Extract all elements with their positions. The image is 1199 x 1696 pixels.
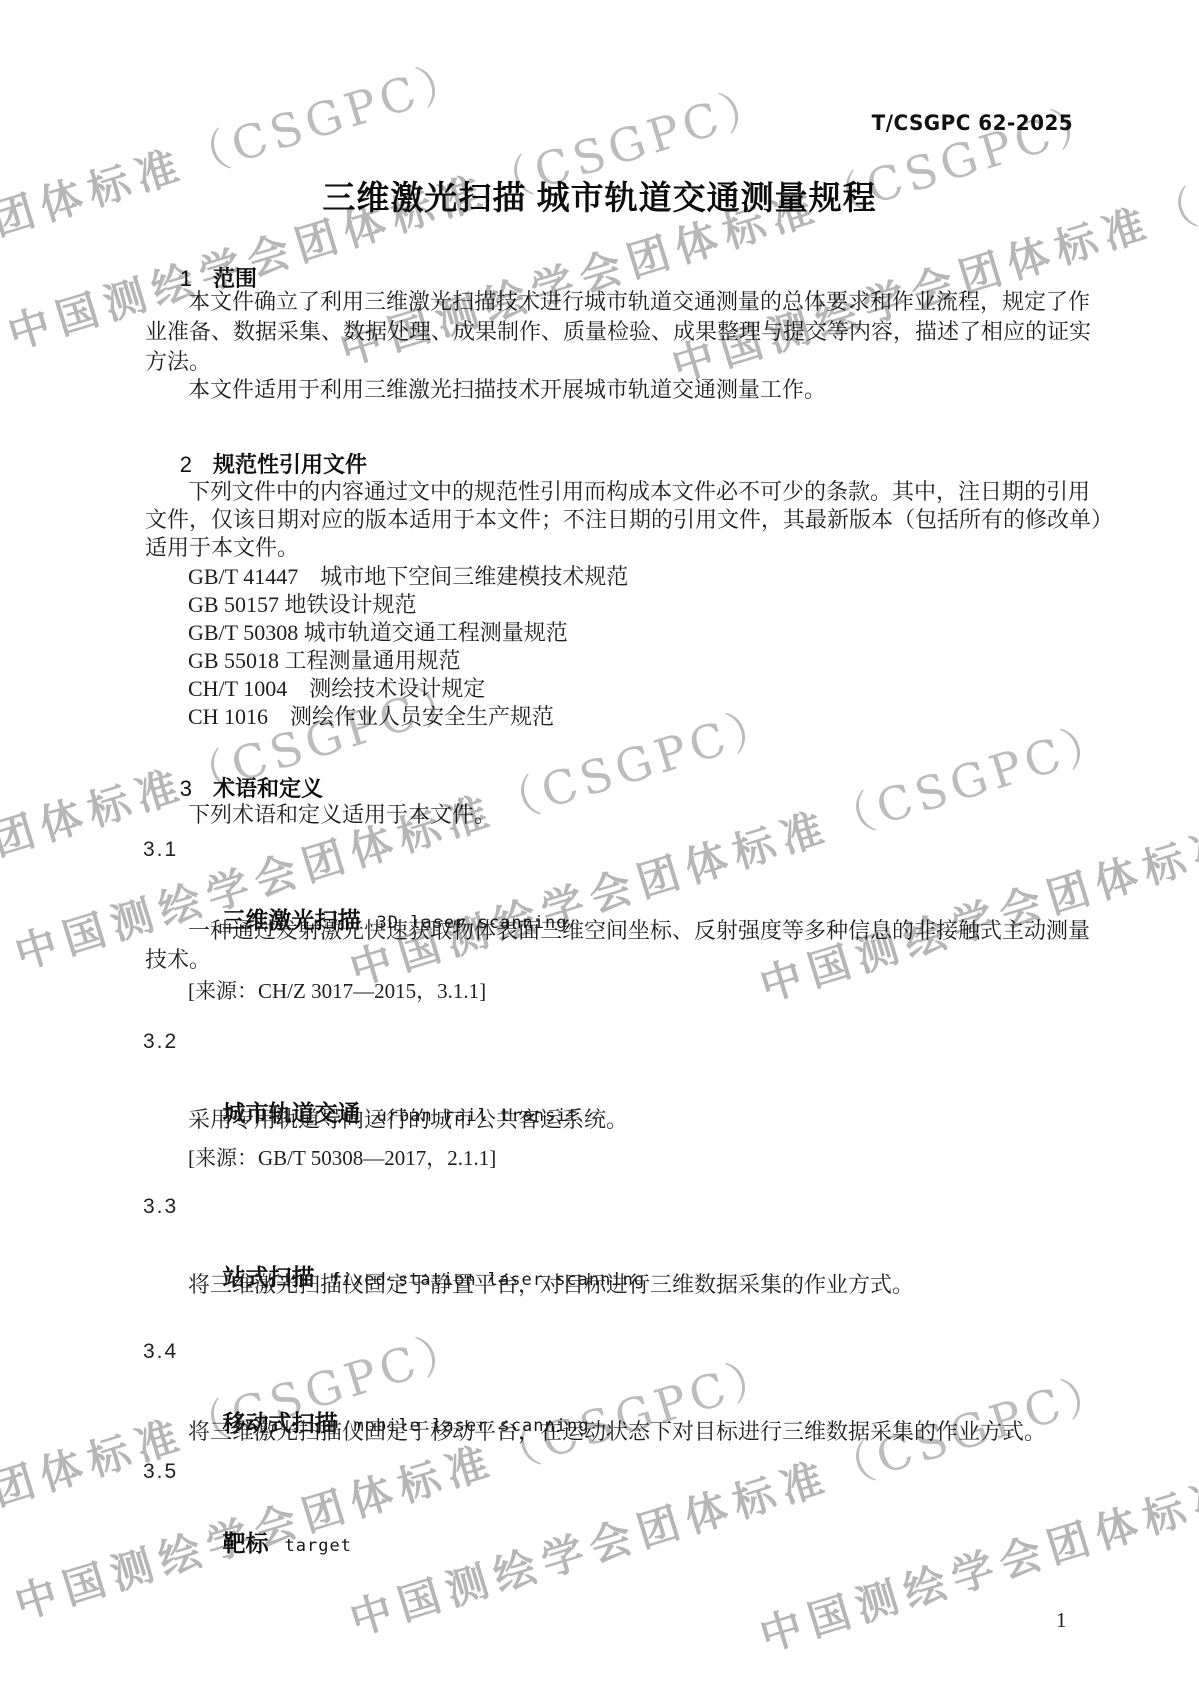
page-title: 三维激光扫描 城市轨道交通测量规程 [0,172,1199,219]
term-definition: 采用专用轨道导向运行的城市公共客运系统。 [145,1105,628,1134]
section-title: 术语和定义 [213,776,323,801]
section-number: 3 [180,776,193,801]
term-source: [来源：GB/T 50308—2017，2.1.1] [188,1142,496,1172]
text-line: 业准备、数据采集、数据处理、成果制作、质量检验、成果整理与提交等内容，描述了相应… [145,317,1091,347]
text-layer: T/CSGPC 62-2025 三维激光扫描 城市轨道交通测量规程 1范围 本文… [0,0,1199,1696]
text-line: 一种通过发射激光快速获取物体表面三维空间坐标、反射强度等多种信息的非接触式主动测… [145,916,1090,945]
paragraph-references-intro: 下列文件中的内容通过文中的规范性引用而构成本文件必不可少的条款。其中，注日期的引… [145,478,1113,562]
term-definition: 一种通过发射激光快速获取物体表面三维空间坐标、反射强度等多种信息的非接触式主动测… [145,916,1090,974]
section-title: 规范性引用文件 [213,452,367,477]
text-line: 采用专用轨道导向运行的城市公共客运系统。 [145,1105,628,1134]
doc-code: T/CSGPC 62-2025 [871,111,1073,135]
text-line: 本文件适用于利用三维激光扫描技术开展城市轨道交通测量工作。 [145,375,826,405]
term-en: target [285,1536,352,1556]
document-page: 中国测绘学会团体标准（CSGPC） 中国测绘学会团体标准（CSGPC） 中国测绘… [0,0,1199,1696]
term-number: 3.2 [143,1030,178,1054]
term-cn: 靶标 [223,1530,269,1556]
text-line: 下列文件中的内容通过文中的规范性引用而构成本文件必不可少的条款。其中，注日期的引… [145,478,1113,506]
text-line: 文件，仅该日期对应的版本适用于本文件；不注日期的引用文件，其最新版本（包括所有的… [145,506,1113,534]
text-line: 技术。 [145,945,1090,974]
term-number: 3.1 [143,838,178,862]
term-heading: 靶标target [188,1499,352,1584]
term-definition: 将三维激光扫描仪固定于移动平台，在运动状态下对目标进行三维数据采集的作业方式。 [145,1417,1046,1446]
section-number: 2 [180,452,193,477]
reference-item: CH/T 1004 测绘技术设计规定 [188,672,485,703]
term-number: 3.4 [143,1340,178,1364]
term-number: 3.3 [143,1195,178,1219]
text-line: 将三维激光扫描仪固定于移动平台，在运动状态下对目标进行三维数据采集的作业方式。 [145,1417,1046,1446]
text-line: 下列术语和定义适用于本文件。 [145,800,496,830]
term-number: 3.5 [143,1460,178,1484]
reference-item: CH 1016 测绘作业人员安全生产规范 [188,700,554,731]
term-definition: 将三维激光扫描仪固定于静置平台，对目标进行三维数据采集的作业方式。 [145,1270,914,1299]
term-source: [来源：CH/Z 3017—2015，3.1.1] [188,975,486,1005]
page-number: 1 [1056,1608,1067,1633]
paragraph-scope-1: 本文件确立了利用三维激光扫描技术进行城市轨道交通测量的总体要求和作业流程，规定了… [145,287,1091,377]
text-line: 将三维激光扫描仪固定于静置平台，对目标进行三维数据采集的作业方式。 [145,1270,914,1299]
text-line: 适用于本文件。 [145,534,1113,562]
reference-item: GB/T 50308 城市轨道交通工程测量规范 [188,616,568,647]
reference-item: GB 50157 地铁设计规范 [188,588,417,619]
paragraph-scope-2: 本文件适用于利用三维激光扫描技术开展城市轨道交通测量工作。 [145,375,826,405]
paragraph-terms-intro: 下列术语和定义适用于本文件。 [145,800,496,830]
reference-item: GB 55018 工程测量通用规范 [188,644,461,675]
text-line: 方法。 [145,347,1091,377]
reference-item: GB/T 41447 城市地下空间三维建模技术规范 [188,560,628,591]
text-line: 本文件确立了利用三维激光扫描技术进行城市轨道交通测量的总体要求和作业流程，规定了… [145,287,1091,317]
